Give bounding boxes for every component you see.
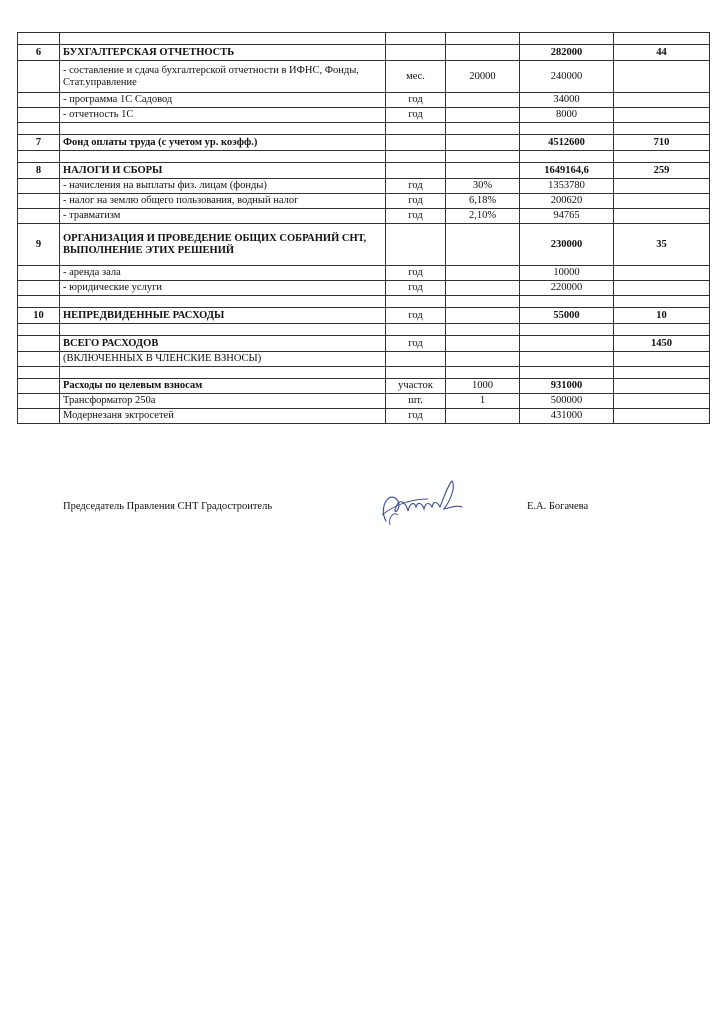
row-per-plot bbox=[614, 123, 710, 135]
row-number: 9 bbox=[18, 224, 60, 266]
table-section-row: 7Фонд оплаты труда (с учетом ур. коэфф.)… bbox=[18, 135, 710, 151]
row-name bbox=[60, 151, 386, 163]
table-row: Трансформатор 250ашт.1500000 bbox=[18, 394, 710, 409]
row-name bbox=[60, 33, 386, 45]
signature-icon bbox=[368, 477, 478, 529]
row-sum: 1353780 bbox=[520, 179, 614, 194]
table-row: - начисления на выплаты физ. лицам (фонд… bbox=[18, 179, 710, 194]
row-name: - отчетность 1С bbox=[60, 108, 386, 123]
row-sum: 4512600 bbox=[520, 135, 614, 151]
table-spacer-row bbox=[18, 296, 710, 308]
table-row: - налог на землю общего пользования, вод… bbox=[18, 194, 710, 209]
row-name: - аренда зала bbox=[60, 266, 386, 281]
row-rate: 30% bbox=[446, 179, 520, 194]
row-unit bbox=[386, 163, 446, 179]
row-sum: 94765 bbox=[520, 209, 614, 224]
table-section-row: 9ОРГАНИЗАЦИЯ И ПРОВЕДЕНИЕ ОБЩИХ СОБРАНИЙ… bbox=[18, 224, 710, 266]
row-rate bbox=[446, 296, 520, 308]
row-sum bbox=[520, 367, 614, 379]
row-per-plot: 35 bbox=[614, 224, 710, 266]
row-number bbox=[18, 209, 60, 224]
row-per-plot bbox=[614, 379, 710, 394]
row-unit: год bbox=[386, 209, 446, 224]
row-unit: мес. bbox=[386, 61, 446, 93]
row-rate: 1 bbox=[446, 394, 520, 409]
row-name: ОРГАНИЗАЦИЯ И ПРОВЕДЕНИЕ ОБЩИХ СОБРАНИЙ … bbox=[60, 224, 386, 266]
row-name bbox=[60, 123, 386, 135]
row-rate bbox=[446, 45, 520, 61]
table-spacer-row bbox=[18, 324, 710, 336]
row-number: 6 bbox=[18, 45, 60, 61]
row-unit bbox=[386, 33, 446, 45]
row-rate bbox=[446, 135, 520, 151]
row-per-plot bbox=[614, 266, 710, 281]
row-sum bbox=[520, 324, 614, 336]
row-number bbox=[18, 61, 60, 93]
signatory-name: Е.А. Богачева bbox=[527, 501, 588, 512]
row-unit bbox=[386, 352, 446, 367]
row-sum: 431000 bbox=[520, 409, 614, 424]
row-name: НЕПРЕДВИДЕННЫЕ РАСХОДЫ bbox=[60, 308, 386, 324]
row-sum: 282000 bbox=[520, 45, 614, 61]
row-name: БУХГАЛТЕРСКАЯ ОТЧЕТНОСТЬ bbox=[60, 45, 386, 61]
row-name: - налог на землю общего пользования, вод… bbox=[60, 194, 386, 209]
table-spacer-row bbox=[18, 33, 710, 45]
table-row: - программа 1С Садоводгод34000 bbox=[18, 93, 710, 108]
row-name: Модернезаня эктросетей bbox=[60, 409, 386, 424]
row-rate bbox=[446, 336, 520, 352]
row-per-plot: 10 bbox=[614, 308, 710, 324]
table-section-row: Расходы по целевым взносамучасток1000931… bbox=[18, 379, 710, 394]
row-number bbox=[18, 336, 60, 352]
row-rate bbox=[446, 281, 520, 296]
row-number bbox=[18, 379, 60, 394]
table-spacer-row bbox=[18, 151, 710, 163]
row-sum: 240000 bbox=[520, 61, 614, 93]
table-section-row: ВСЕГО РАСХОДОВгод1450 bbox=[18, 336, 710, 352]
row-per-plot bbox=[614, 93, 710, 108]
row-per-plot bbox=[614, 352, 710, 367]
row-name: - составление и сдача бухгалтерской отче… bbox=[60, 61, 386, 93]
row-per-plot bbox=[614, 296, 710, 308]
table-row: - аренда залагод10000 bbox=[18, 266, 710, 281]
row-sum: 500000 bbox=[520, 394, 614, 409]
signatory-title: Председатель Правления СНТ Градостроител… bbox=[63, 501, 272, 512]
row-rate: 2,10% bbox=[446, 209, 520, 224]
row-rate: 6,18% bbox=[446, 194, 520, 209]
row-sum: 1649164,6 bbox=[520, 163, 614, 179]
row-unit bbox=[386, 367, 446, 379]
row-number: 7 bbox=[18, 135, 60, 151]
row-unit bbox=[386, 224, 446, 266]
row-sum bbox=[520, 336, 614, 352]
row-unit: год bbox=[386, 194, 446, 209]
row-unit: шт. bbox=[386, 394, 446, 409]
row-name: Расходы по целевым взносам bbox=[60, 379, 386, 394]
row-per-plot bbox=[614, 209, 710, 224]
row-per-plot: 710 bbox=[614, 135, 710, 151]
row-number bbox=[18, 281, 60, 296]
row-number bbox=[18, 409, 60, 424]
row-rate: 20000 bbox=[446, 61, 520, 93]
row-unit bbox=[386, 123, 446, 135]
row-number bbox=[18, 33, 60, 45]
row-rate bbox=[446, 324, 520, 336]
row-sum: 8000 bbox=[520, 108, 614, 123]
row-sum bbox=[520, 33, 614, 45]
row-sum bbox=[520, 123, 614, 135]
row-name: - начисления на выплаты физ. лицам (фонд… bbox=[60, 179, 386, 194]
row-number bbox=[18, 394, 60, 409]
row-sum: 55000 bbox=[520, 308, 614, 324]
row-per-plot bbox=[614, 194, 710, 209]
row-rate bbox=[446, 151, 520, 163]
row-per-plot bbox=[614, 409, 710, 424]
table-row: - травматизмгод2,10%94765 bbox=[18, 209, 710, 224]
row-rate bbox=[446, 33, 520, 45]
row-name bbox=[60, 296, 386, 308]
row-number bbox=[18, 108, 60, 123]
row-per-plot bbox=[614, 179, 710, 194]
row-unit: год bbox=[386, 93, 446, 108]
row-name bbox=[60, 367, 386, 379]
row-per-plot: 1450 bbox=[614, 336, 710, 352]
row-unit bbox=[386, 151, 446, 163]
row-number bbox=[18, 367, 60, 379]
row-unit: год bbox=[386, 308, 446, 324]
row-per-plot bbox=[614, 324, 710, 336]
budget-table: 6БУХГАЛТЕРСКАЯ ОТЧЕТНОСТЬ28200044 - сост… bbox=[17, 32, 710, 424]
row-rate bbox=[446, 224, 520, 266]
row-number bbox=[18, 266, 60, 281]
row-sum: 220000 bbox=[520, 281, 614, 296]
table-section-row: 6БУХГАЛТЕРСКАЯ ОТЧЕТНОСТЬ28200044 bbox=[18, 45, 710, 61]
table-row: - отчетность 1Сгод8000 bbox=[18, 108, 710, 123]
row-sum: 34000 bbox=[520, 93, 614, 108]
row-rate bbox=[446, 409, 520, 424]
budget-table-body: 6БУХГАЛТЕРСКАЯ ОТЧЕТНОСТЬ28200044 - сост… bbox=[18, 33, 710, 424]
row-unit: год bbox=[386, 281, 446, 296]
row-name: ВСЕГО РАСХОДОВ bbox=[60, 336, 386, 352]
row-rate bbox=[446, 308, 520, 324]
row-per-plot bbox=[614, 33, 710, 45]
table-row: - составление и сдача бухгалтерской отче… bbox=[18, 61, 710, 93]
row-name: НАЛОГИ И СБОРЫ bbox=[60, 163, 386, 179]
row-number bbox=[18, 324, 60, 336]
row-sum: 10000 bbox=[520, 266, 614, 281]
row-name: Трансформатор 250а bbox=[60, 394, 386, 409]
row-unit: год bbox=[386, 266, 446, 281]
row-unit: год bbox=[386, 179, 446, 194]
row-rate bbox=[446, 266, 520, 281]
row-sum bbox=[520, 296, 614, 308]
row-name: - программа 1С Садовод bbox=[60, 93, 386, 108]
row-per-plot: 259 bbox=[614, 163, 710, 179]
row-rate bbox=[446, 108, 520, 123]
row-sum: 200620 bbox=[520, 194, 614, 209]
row-unit: год bbox=[386, 336, 446, 352]
row-name: - травматизм bbox=[60, 209, 386, 224]
table-spacer-row bbox=[18, 367, 710, 379]
table-spacer-row bbox=[18, 123, 710, 135]
table-row: (ВКЛЮЧЕННЫХ В ЧЛЕНСКИЕ ВЗНОСЫ) bbox=[18, 352, 710, 367]
row-name: Фонд оплаты труда (с учетом ур. коэфф.) bbox=[60, 135, 386, 151]
row-sum: 931000 bbox=[520, 379, 614, 394]
row-unit bbox=[386, 324, 446, 336]
row-sum: 230000 bbox=[520, 224, 614, 266]
row-number bbox=[18, 352, 60, 367]
row-sum bbox=[520, 151, 614, 163]
row-unit bbox=[386, 135, 446, 151]
row-per-plot bbox=[614, 151, 710, 163]
row-per-plot bbox=[614, 394, 710, 409]
row-name: - юридические услуги bbox=[60, 281, 386, 296]
row-per-plot: 44 bbox=[614, 45, 710, 61]
row-number bbox=[18, 93, 60, 108]
row-rate bbox=[446, 367, 520, 379]
row-number bbox=[18, 296, 60, 308]
row-unit: год bbox=[386, 409, 446, 424]
row-rate bbox=[446, 352, 520, 367]
row-sum bbox=[520, 352, 614, 367]
row-unit bbox=[386, 296, 446, 308]
row-number: 10 bbox=[18, 308, 60, 324]
row-name: (ВКЛЮЧЕННЫХ В ЧЛЕНСКИЕ ВЗНОСЫ) bbox=[60, 352, 386, 367]
row-name bbox=[60, 324, 386, 336]
row-rate bbox=[446, 123, 520, 135]
table-section-row: 8НАЛОГИ И СБОРЫ1649164,6259 bbox=[18, 163, 710, 179]
row-per-plot bbox=[614, 281, 710, 296]
table-section-row: 10НЕПРЕДВИДЕННЫЕ РАСХОДЫгод5500010 bbox=[18, 308, 710, 324]
row-number bbox=[18, 179, 60, 194]
row-per-plot bbox=[614, 108, 710, 123]
row-number bbox=[18, 123, 60, 135]
row-unit: год bbox=[386, 108, 446, 123]
table-row: - юридические услугигод220000 bbox=[18, 281, 710, 296]
row-per-plot bbox=[614, 61, 710, 93]
table-row: Модернезаня эктросетейгод431000 bbox=[18, 409, 710, 424]
row-rate: 1000 bbox=[446, 379, 520, 394]
row-unit bbox=[386, 45, 446, 61]
row-rate bbox=[446, 163, 520, 179]
row-rate bbox=[446, 93, 520, 108]
row-number bbox=[18, 151, 60, 163]
row-unit: участок bbox=[386, 379, 446, 394]
row-number bbox=[18, 194, 60, 209]
row-number: 8 bbox=[18, 163, 60, 179]
row-per-plot bbox=[614, 367, 710, 379]
